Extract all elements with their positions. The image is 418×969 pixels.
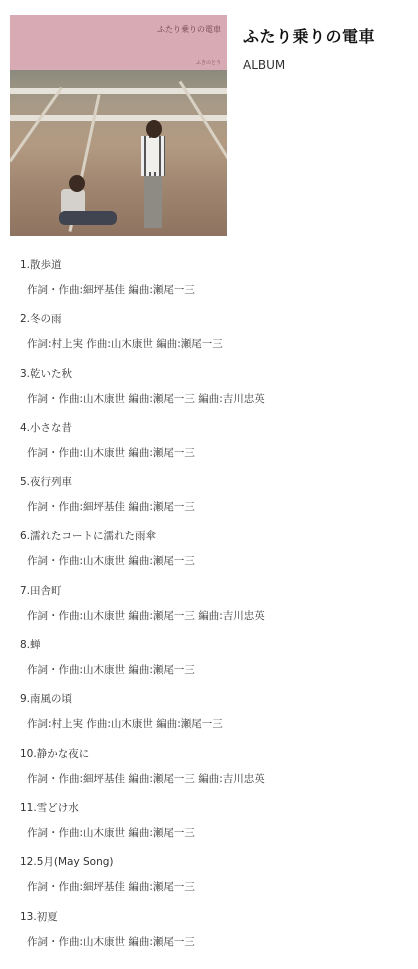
track-item[interactable]: 10.静かな夜に 作詞・作曲:細坪基佳 編曲:瀬尾一三 編曲:吉川忠英 (0, 741, 418, 795)
cover-title-text: ふたり乗りの電車 (157, 24, 221, 35)
track-item[interactable]: 9.南風の頃 作詞:村上実 作曲:山木康世 編曲:瀬尾一三 (0, 686, 418, 740)
rail-sleeper (10, 88, 227, 94)
cover-title-band: ふたり乗りの電車 ふきのとう (10, 15, 227, 70)
track-item[interactable]: 1.散歩道 作詞・作曲:細坪基佳 編曲:瀬尾一三 (0, 252, 418, 306)
track-title: 9.南風の頃 (20, 691, 72, 706)
track-item[interactable]: 13.初夏 作詞・作曲:山木康世 編曲:瀬尾一三 (0, 904, 418, 958)
track-title: 12.5月(May Song) (20, 854, 114, 869)
track-title: 7.田舎町 (20, 583, 62, 598)
track-item[interactable]: 12.5月(May Song) 作詞・作曲:細坪基佳 編曲:瀬尾一三 (0, 849, 418, 903)
album-title: ふたり乗りの電車 (243, 24, 375, 47)
track-credit: 作詞・作曲:細坪基佳 編曲:瀬尾一三 編曲:吉川忠英 (27, 771, 265, 786)
track-title: 5.夜行列車 (20, 474, 72, 489)
track-title: 2.冬の雨 (20, 311, 62, 326)
cover-person-sitting (55, 175, 125, 235)
track-item[interactable]: 2.冬の雨 作詞:村上実 作曲:山木康世 編曲:瀬尾一三 (0, 306, 418, 360)
track-item[interactable]: 8.蝉 作詞・作曲:山木康世 編曲:瀬尾一三 (0, 632, 418, 686)
track-item[interactable]: 3.乾いた秋 作詞・作曲:山木康世 編曲:瀬尾一三 編曲:吉川忠英 (0, 361, 418, 415)
track-list: 1.散歩道 作詞・作曲:細坪基佳 編曲:瀬尾一三 2.冬の雨 作詞:村上実 作曲… (0, 252, 418, 958)
track-credit: 作詞・作曲:山木康世 編曲:瀬尾一三 (27, 662, 195, 677)
track-credit: 作詞・作曲:山木康世 編曲:瀬尾一三 (27, 553, 195, 568)
track-credit: 作詞・作曲:細坪基佳 編曲:瀬尾一三 (27, 879, 195, 894)
track-title: 4.小さな昔 (20, 420, 72, 435)
track-title: 6.濡れたコートに濡れた雨傘 (20, 528, 156, 543)
track-credit: 作詞・作曲:山木康世 編曲:瀬尾一三 (27, 934, 195, 949)
track-item[interactable]: 11.雪どけ水 作詞・作曲:山木康世 編曲:瀬尾一三 (0, 795, 418, 849)
track-title: 11.雪どけ水 (20, 800, 79, 815)
track-item[interactable]: 4.小さな昔 作詞・作曲:山木康世 編曲:瀬尾一三 (0, 415, 418, 469)
cover-artist-text: ふきのとう (196, 59, 221, 66)
cover-photo (10, 70, 227, 236)
album-type-label: ALBUM (243, 58, 285, 72)
track-title: 13.初夏 (20, 909, 58, 924)
track-title: 10.静かな夜に (20, 746, 89, 761)
rail (179, 81, 227, 184)
album-cover-image[interactable]: ふたり乗りの電車 ふきのとう (10, 15, 227, 236)
track-credit: 作詞・作曲:山木康世 編曲:瀬尾一三 (27, 825, 195, 840)
track-title: 8.蝉 (20, 637, 41, 652)
rail (10, 87, 63, 162)
cover-person-standing (138, 120, 168, 230)
track-credit: 作詞・作曲:山木康世 編曲:瀬尾一三 (27, 445, 195, 460)
album-header: ふたり乗りの電車 ふきのとう ふたり乗りの電車 ALBUM (0, 0, 418, 245)
track-credit: 作詞・作曲:細坪基佳 編曲:瀬尾一三 (27, 499, 195, 514)
track-credit: 作詞・作曲:細坪基佳 編曲:瀬尾一三 (27, 282, 195, 297)
track-title: 1.散歩道 (20, 257, 62, 272)
track-credit: 作詞・作曲:山木康世 編曲:瀬尾一三 編曲:吉川忠英 (27, 391, 265, 406)
track-item[interactable]: 5.夜行列車 作詞・作曲:細坪基佳 編曲:瀬尾一三 (0, 469, 418, 523)
track-item[interactable]: 6.濡れたコートに濡れた雨傘 作詞・作曲:山木康世 編曲:瀬尾一三 (0, 523, 418, 577)
track-credit: 作詞:村上実 作曲:山木康世 編曲:瀬尾一三 (27, 716, 223, 731)
track-credit: 作詞:村上実 作曲:山木康世 編曲:瀬尾一三 (27, 336, 223, 351)
track-item[interactable]: 7.田舎町 作詞・作曲:山木康世 編曲:瀬尾一三 編曲:吉川忠英 (0, 578, 418, 632)
track-credit: 作詞・作曲:山木康世 編曲:瀬尾一三 編曲:吉川忠英 (27, 608, 265, 623)
track-title: 3.乾いた秋 (20, 366, 72, 381)
